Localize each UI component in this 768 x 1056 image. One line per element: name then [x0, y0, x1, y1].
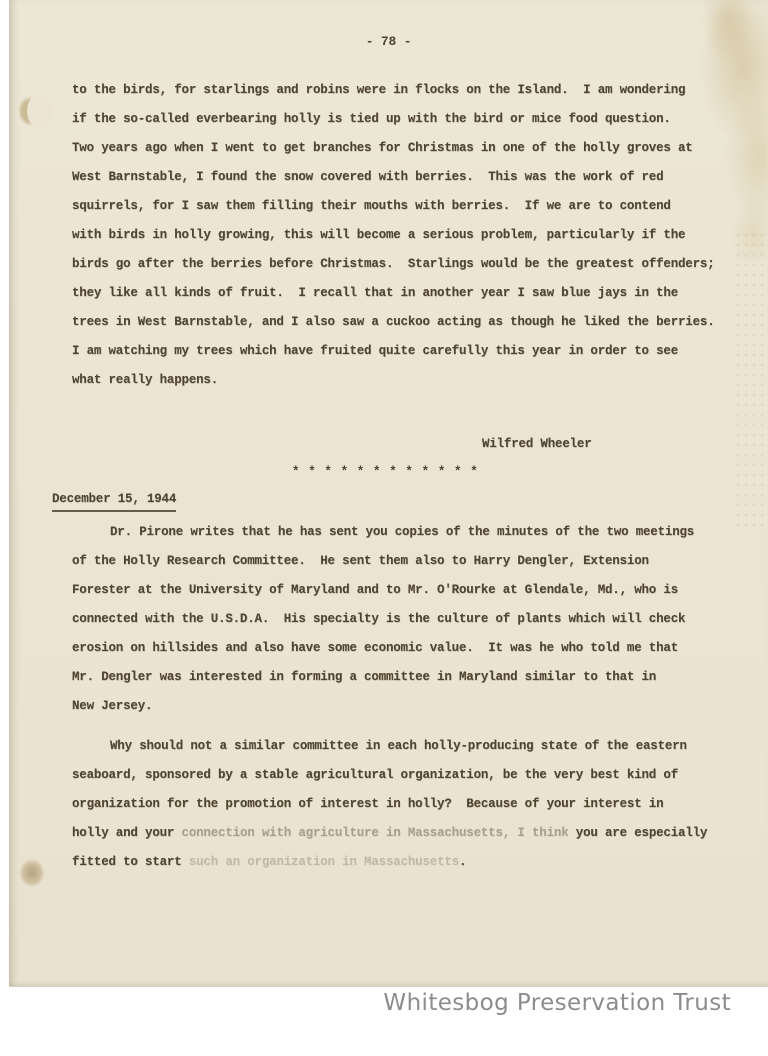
asterisk-separator: * * * * * * * * * * * *	[292, 458, 478, 487]
typed-line: holly and your connection with agricultu…	[72, 819, 738, 848]
typed-line: Forester at the University of Maryland a…	[72, 576, 738, 605]
typed-line: to the birds, for starlings and robins w…	[72, 76, 738, 105]
typed-line: West Barnstable, I found the snow covere…	[72, 163, 738, 192]
letter-paragraph-2: Why should not a similar committee in ea…	[72, 732, 738, 877]
letter-body-continued: to the birds, for starlings and robins w…	[72, 76, 738, 395]
typed-segment: .	[459, 855, 466, 869]
typed-line: trees in West Barnstable, and I also saw…	[72, 308, 738, 337]
hole-punch-mark	[18, 96, 44, 126]
typed-segment: you are especially	[569, 826, 708, 840]
typed-line: if the so-called everbearing holly is ti…	[72, 105, 738, 134]
typed-line: fitted to start such an organization in …	[72, 848, 738, 877]
typed-line: I am watching my trees which have fruite…	[72, 337, 738, 366]
hole-punch-highlight	[27, 94, 51, 128]
page-number: - 78 -	[9, 34, 768, 49]
typed-line: Dr. Pirone writes that he has sent you c…	[72, 518, 738, 547]
typed-line: with birds in holly growing, this will b…	[72, 221, 738, 250]
typed-line: Why should not a similar committee in ea…	[72, 732, 738, 761]
typed-line: erosion on hillsides and also have some …	[72, 634, 738, 663]
typed-line: connected with the U.S.D.A. His specialt…	[72, 605, 738, 634]
typed-line: birds go after the berries before Christ…	[72, 250, 738, 279]
signature: Wilfred Wheeler	[482, 430, 592, 459]
typed-segment: fitted to start	[72, 855, 189, 869]
stain-mark	[16, 855, 48, 891]
date-heading: December 15, 1944	[52, 488, 176, 512]
document-page: - 78 - to the birds, for starlings and r…	[9, 0, 768, 987]
typed-line: squirrels, for I saw them filling their …	[72, 192, 738, 221]
typed-segment: connection with agriculture in Massachus…	[182, 826, 569, 840]
typed-line: seaboard, sponsored by a stable agricult…	[72, 761, 738, 790]
typed-line: of the Holly Research Committee. He sent…	[72, 547, 738, 576]
typed-line: what really happens.	[72, 366, 738, 395]
watermark-label: Whitesbog Preservation Trust	[383, 990, 731, 1016]
typed-line: New Jersey.	[72, 692, 738, 721]
typed-segment: holly and your	[72, 826, 182, 840]
typed-line: Two years ago when I went to get branche…	[72, 134, 738, 163]
scan-background: - 78 - to the birds, for starlings and r…	[0, 0, 768, 1056]
typed-line: Mr. Dengler was interested in forming a …	[72, 663, 738, 692]
typed-segment: such an organization in Massachusetts	[189, 855, 459, 869]
typed-line: they like all kinds of fruit. I recall t…	[72, 279, 738, 308]
paper-speckle-texture-right-edge	[734, 230, 768, 530]
typed-line: organization for the promotion of intere…	[72, 790, 738, 819]
letter-paragraph-1: Dr. Pirone writes that he has sent you c…	[72, 518, 738, 721]
